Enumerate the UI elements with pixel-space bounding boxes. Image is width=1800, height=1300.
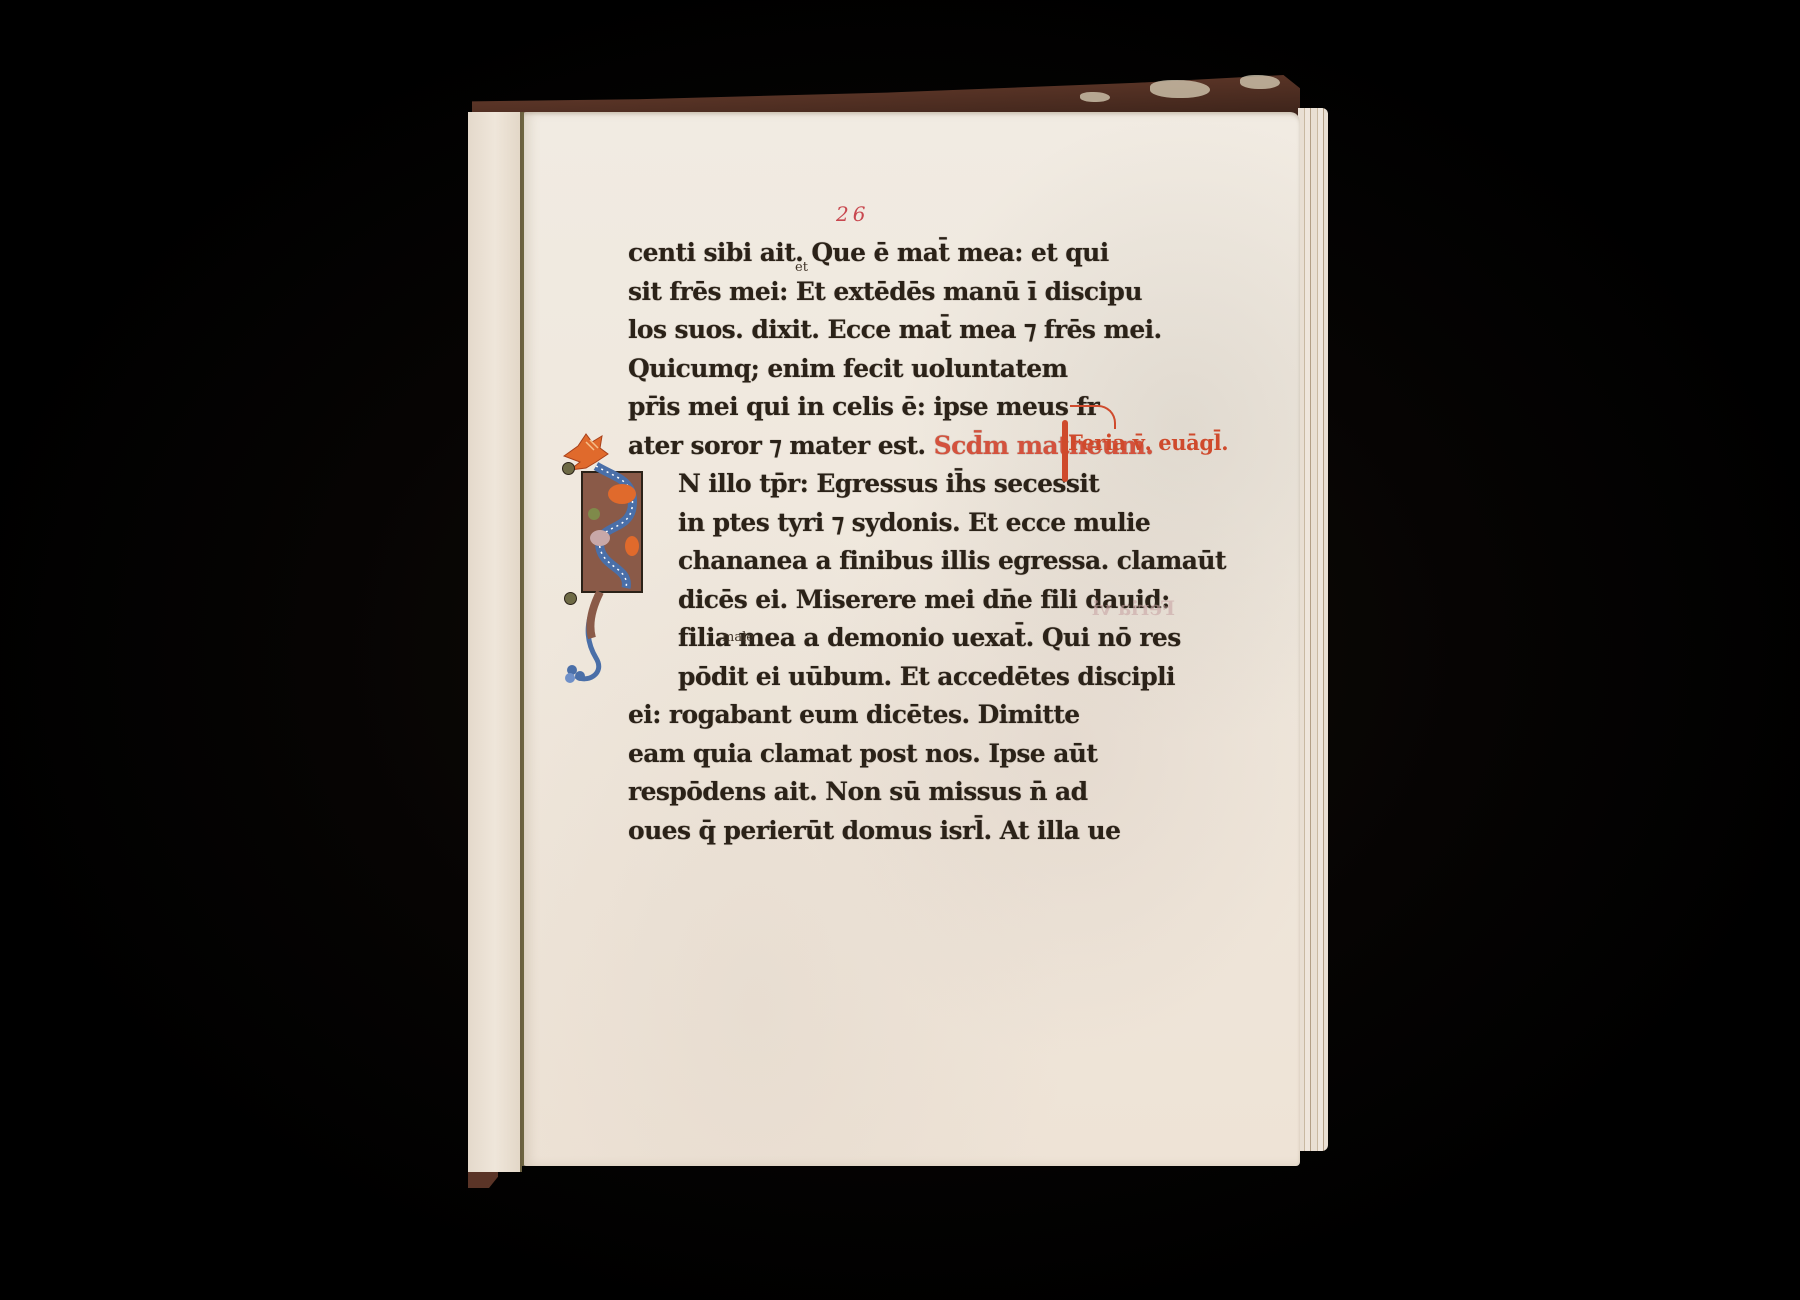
text-line: chananea a finibus illis egressa. clamaū… (628, 542, 1078, 581)
text-line: centi sibi ait. Que ē mat̄ mea: et qui (628, 234, 1078, 273)
folio-number: 26 (836, 202, 869, 226)
bullet-dot (564, 592, 577, 605)
text-line: sit frēs mei: Et extēdēs manū ī discipu (628, 273, 1078, 312)
text-line: filia mea a demonio uexat̄. Qui nō res (628, 619, 1078, 658)
text-line: oues q̄ perierūt domus isrl̄. At illa ue (628, 812, 1078, 851)
rubric-flourish (1070, 405, 1116, 429)
text-line: N illo tp̄r: Egressus ih̄s secessit (628, 465, 1078, 504)
text-line: eam quia clamat post nos. Ipse aūt (628, 735, 1078, 774)
text-line: Quicumq; enim fecit uoluntatem (628, 350, 1078, 389)
text-line: pr̄is mei qui in celis ē: ipse meus fr (628, 388, 1078, 427)
left-page-stub (468, 112, 522, 1172)
page-edges-stack (1298, 108, 1328, 1151)
text-line-with-rubric: ater soror ⁊ mater est. Scd̄m matheum. (628, 427, 1078, 466)
marginal-rubric: Feria v̄. euāgl̄. (1068, 430, 1228, 455)
text-line: los suos. dixit. Ecce mat̄ mea ⁊ frēs me… (628, 311, 1078, 350)
text-segment: ater soror ⁊ mater est. (628, 431, 926, 460)
text-line: in ptes tyri ⁊ sydonis. Et ecce mulie (628, 504, 1078, 543)
binding-wear-mark (1080, 92, 1110, 102)
text-line: ei: rogabant eum dicētes. Dimitte (628, 696, 1078, 735)
show-through-text: Feria vi (1092, 596, 1175, 620)
illuminated-initial (570, 428, 642, 688)
interlinear-gloss: male (722, 630, 754, 645)
bullet-dot (562, 462, 575, 475)
text-line: respōdens ait. Non sū missus n̄ ad (628, 773, 1078, 812)
text-column: centi sibi ait. Que ē mat̄ mea: et qui s… (628, 234, 1078, 850)
binding-wear-mark (1240, 75, 1280, 89)
text-line: pōdit ei uūbum. Et accedētes discipli (628, 658, 1078, 697)
interlinear-gloss: et (795, 260, 808, 275)
text-line: dicēs ei. Miserere mei dn̄e fili dauid: (628, 581, 1078, 620)
gutter (522, 112, 524, 1166)
binding-wear-mark (1150, 80, 1210, 98)
